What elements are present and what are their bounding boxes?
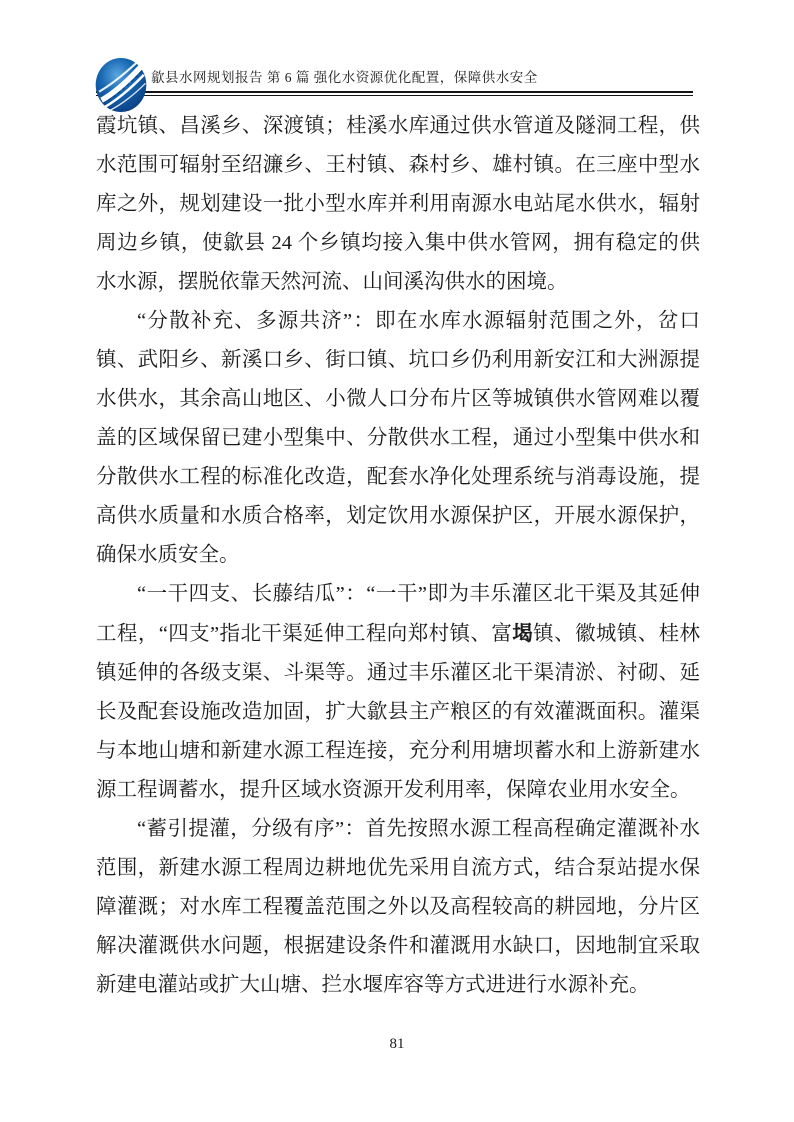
document-body: 霞坑镇、昌溪乡、深渡镇；桂溪水库通过供水管道及隧洞工程，供水范围可辐射至绍濂乡、… [96,107,700,1005]
paragraph-text: 镇、徽城镇、桂林镇延伸的各级支渠、斗渠等。通过丰乐灌区北干渠清淤、衬砌、延长及配… [96,623,700,801]
paragraph-2: “分散补充、多源共济”：即在水库水源辐射范围之外，岔口镇、武阳乡、新溪口乡、街口… [96,302,700,575]
bold-character: 堨 [512,622,533,645]
paragraph-lead: “一干四支、长藤结瓜”： [137,583,366,605]
page-footer: 81 [0,1036,794,1053]
page-number: 81 [390,1036,405,1052]
paragraph-4: “蓄引提灌，分级有序”：首先按照水源工程高程确定灌溉补水范围，新建水源工程周边耕… [96,810,700,1005]
paragraph-text: 霞坑镇、昌溪乡、深渡镇；桂溪水库通过供水管道及隧洞工程，供水范围可辐射至绍濂乡、… [96,115,700,293]
document-page: 歙县水网规划报告 第 6 篇 强化水资源优化配置，保障供水安全 霞坑镇、昌溪乡、… [0,0,794,1122]
paragraph-lead: “蓄引提灌，分级有序”： [137,818,365,840]
paragraph-1: 霞坑镇、昌溪乡、深渡镇；桂溪水库通过供水管道及隧洞工程，供水范围可辐射至绍濂乡、… [96,107,700,302]
header-title: 歙县水网规划报告 第 6 篇 强化水资源优化配置，保障供水安全 [151,66,538,86]
header-rule [96,91,693,96]
paragraph-text: 首先按照水源工程高程确定灌溉补水范围，新建水源工程周边耕地优先采用自流方式，结合… [96,818,700,996]
paragraph-3: “一干四支、长藤结瓜”：“一干”即为丰乐灌区北干渠及其延伸工程，“四支”指北干渠… [96,575,700,810]
paragraph-lead: “分散补充、多源共济”： [137,310,375,332]
paragraph-text: 即在水库水源辐射范围之外，岔口镇、武阳乡、新溪口乡、街口镇、坑口乡仍利用新安江和… [96,310,700,566]
report-logo-icon [94,56,148,114]
